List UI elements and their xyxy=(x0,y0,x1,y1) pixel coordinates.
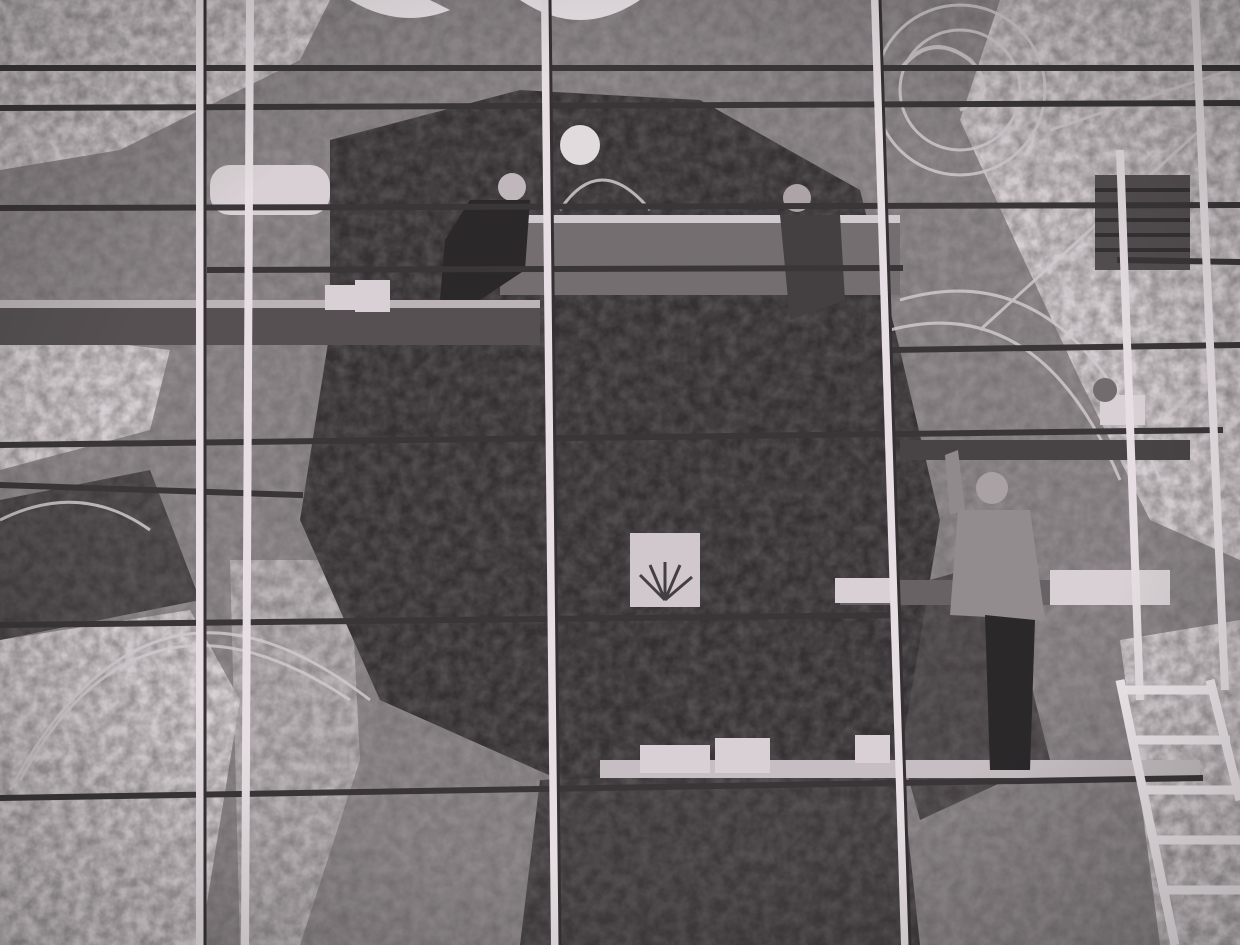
warm-tint xyxy=(0,0,1240,945)
photograph: Black-and-white archival photograph of w… xyxy=(0,0,1240,945)
scene-svg xyxy=(0,0,1240,945)
